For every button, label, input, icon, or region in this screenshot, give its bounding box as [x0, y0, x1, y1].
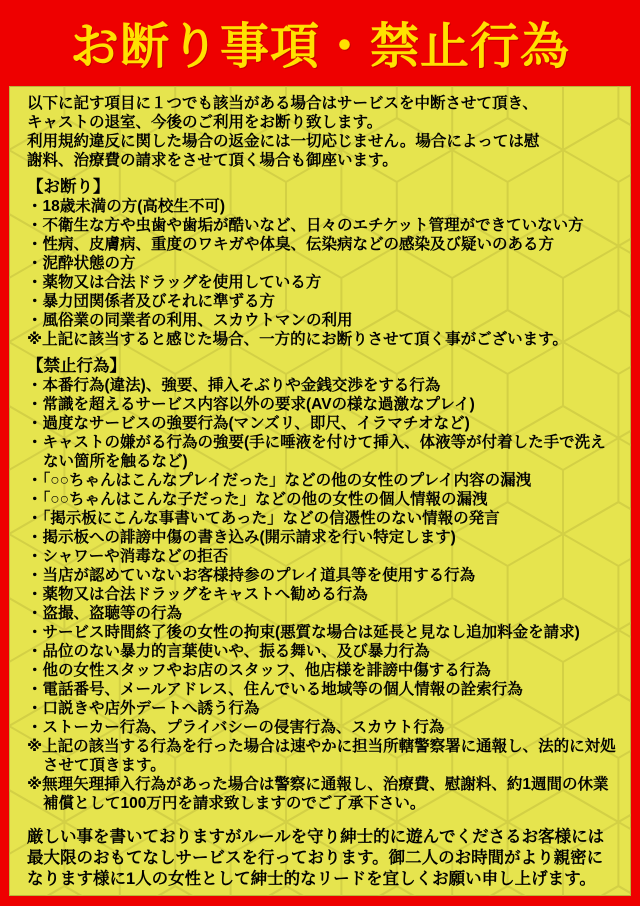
rule-item: ・キャストの嫌がる行為の強要(手に唾液を付けて挿入、体液等が付着した手で洗えない… — [27, 433, 618, 471]
section-okotowari: 【お断り】 ・18歳未満の方(高校生不可) ・不衛生な方や虫歯や歯垢が酷いなど、… — [27, 178, 618, 349]
rule-item: ・シャワーや消毒などの拒否 — [27, 547, 618, 566]
rule-item: ・本番行為(違法)、強要、挿入そぶりや金銭交渉をする行為 — [27, 376, 618, 395]
rule-item: ・性病、皮膚病、重度のワキガや体臭、伝染病などの感染及び疑いのある方 — [27, 235, 618, 254]
footer-note: 厳しい事を書いておりますがルールを守り紳士的に遊んでくださるお客様には最大限のお… — [27, 827, 618, 890]
rule-item: ・18歳未満の方(高校生不可) — [27, 197, 618, 216]
rule-item: ・電話番号、メールアドレス、住んでいる地域等の個人情報の詮索行為 — [27, 680, 618, 699]
notice-poster: { "title": "お断り事項・禁止行為", "intro_lines": … — [0, 0, 640, 906]
rule-item: ※無理矢理挿入行為があった場合は警察に通報し、治療費、慰謝料、約1週間の休業補償… — [27, 775, 618, 813]
notice-content: 以下に記す項目に１つでも該当がある場合はサービスを中断させて頂き、 キャストの退… — [9, 86, 631, 890]
rule-item: ・当店が認めていないお客様持参のプレイ道具等を使用する行為 — [27, 566, 618, 585]
intro-paragraph: 以下に記す項目に１つでも該当がある場合はサービスを中断させて頂き、 キャストの退… — [27, 94, 618, 170]
rule-item: ・薬物又は合法ドラッグを使用している方 — [27, 273, 618, 292]
intro-line: 謝料、治療費の請求をさせて頂く場合も御座います。 — [27, 151, 618, 170]
rule-list: ・18歳未満の方(高校生不可) ・不衛生な方や虫歯や歯垢が酷いなど、日々のエチケ… — [27, 197, 618, 349]
rule-item: ・風俗業の同業者の利用、スカウトマンの利用 — [27, 311, 618, 330]
rule-item: ・常識を超えるサービス内容以外の要求(AVの様な過激なプレイ) — [27, 395, 618, 414]
rule-item: ・「掲示板にこんな事書いてあった」などの信憑性のない情報の発言 — [27, 509, 618, 528]
intro-line: 利用規約違反に関した場合の返金には一切応じません。場合によっては慰 — [27, 132, 618, 151]
rule-item: ・他の女性スタッフやお店のスタッフ、他店様を誹謗中傷する行為 — [27, 661, 618, 680]
rule-item: ・泥酔状態の方 — [27, 254, 618, 273]
rule-item: ・サービス時間終了後の女性の拘束(悪質な場合は延長と見なし追加料金を請求) — [27, 623, 618, 642]
rule-item: ・掲示板への誹謗中傷の書き込み(開示請求を行い特定します) — [27, 528, 618, 547]
rule-item: ・「○○ちゃんはこんな子だった」などの他の女性の個人情報の漏洩 — [27, 490, 618, 509]
intro-line: 以下に記す項目に１つでも該当がある場合はサービスを中断させて頂き、 — [27, 94, 618, 113]
rule-item: ・不衛生な方や虫歯や歯垢が酷いなど、日々のエチケット管理ができていない方 — [27, 216, 618, 235]
rule-item: ・薬物又は合法ドラッグをキャストへ勧める行為 — [27, 585, 618, 604]
page-title: お断り事項・禁止行為 — [70, 8, 570, 78]
rule-item: ・口説きや店外デートへ誘う行為 — [27, 699, 618, 718]
intro-line: キャストの退室、今後のご利用をお断り致します。 — [27, 113, 618, 132]
rule-item: ・過度なサービスの強要行為(マンズリ、即尺、イラマチオなど) — [27, 414, 618, 433]
rule-item: ※上記の該当する行為を行った場合は速やかに担当所轄警察署に通報し、法的に対処させ… — [27, 737, 618, 775]
rule-item: ・盗撮、盗聴等の行為 — [27, 604, 618, 623]
section-kinshikoui: 【禁止行為】 ・本番行為(違法)、強要、挿入そぶりや金銭交渉をする行為 ・常識を… — [27, 357, 618, 813]
rule-item: ※上記に該当すると感じた場合、一方的にお断りさせて頂く事がございます。 — [27, 330, 618, 349]
rule-list: ・本番行為(違法)、強要、挿入そぶりや金銭交渉をする行為 ・常識を超えるサービス… — [27, 376, 618, 813]
section-heading: 【お断り】 — [27, 178, 618, 197]
rule-item: ・「○○ちゃんはこんなプレイだった」などの他の女性のプレイ内容の漏洩 — [27, 471, 618, 490]
rule-item: ・暴力団関係者及びそれに準ずる方 — [27, 292, 618, 311]
rule-item: ・ストーカー行為、プライバシーの侵害行為、スカウト行為 — [27, 718, 618, 737]
section-heading: 【禁止行為】 — [27, 357, 618, 376]
notice-panel: 以下に記す項目に１つでも該当がある場合はサービスを中断させて頂き、 キャストの退… — [9, 86, 631, 896]
header-banner: お断り事項・禁止行為 — [0, 0, 640, 86]
rule-item: ・品位のない暴力的言葉使いや、振る舞い、及び暴力行為 — [27, 642, 618, 661]
